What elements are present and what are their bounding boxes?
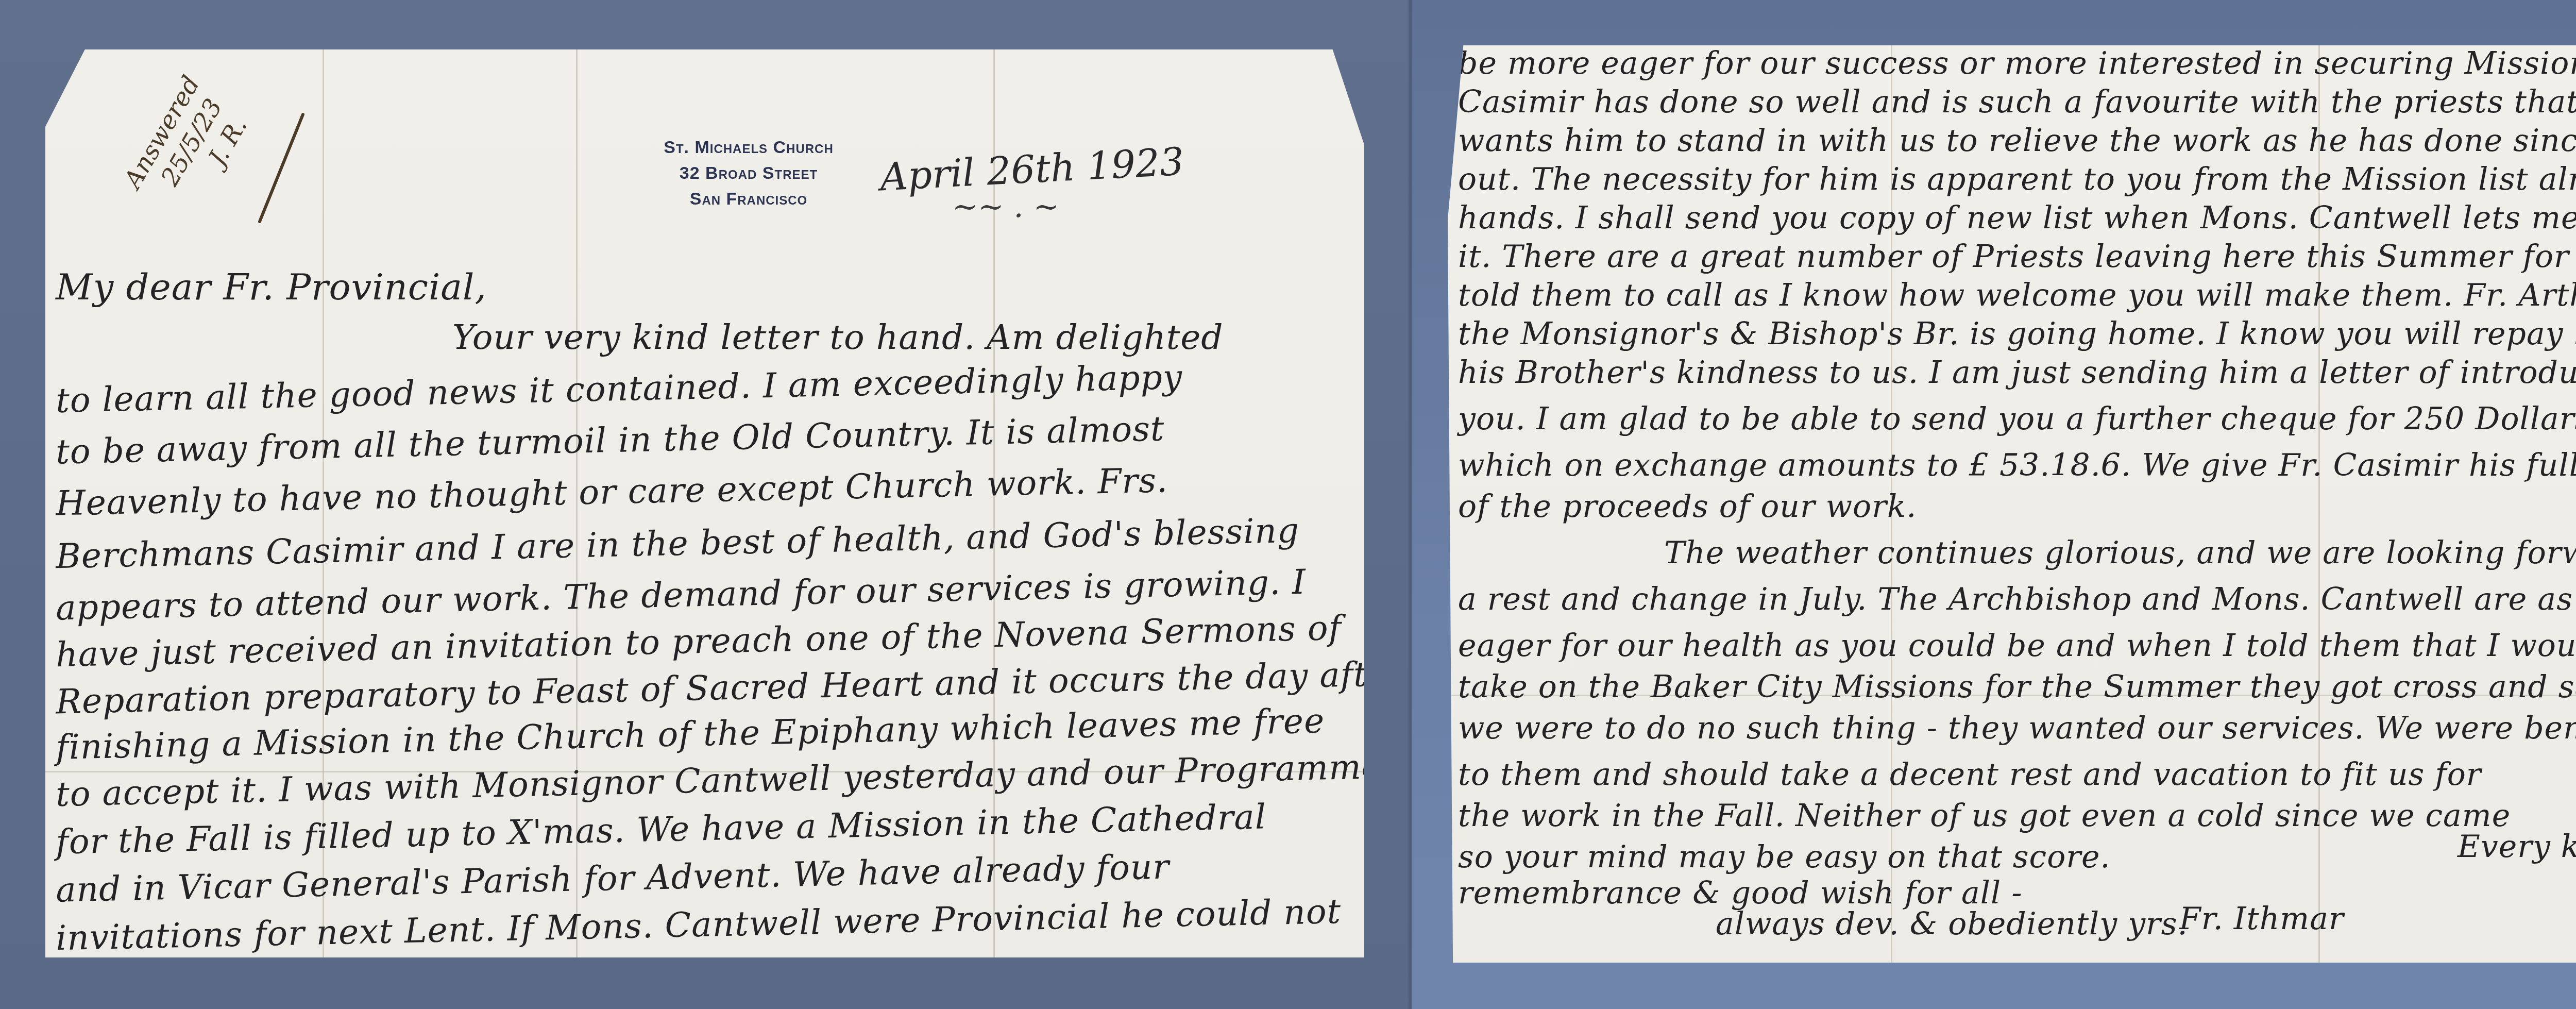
letter-line: Your very kind letter to hand. Am deligh…	[452, 317, 1224, 357]
check-mark-icon	[258, 112, 305, 223]
letter-line: a rest and change in July. The Archbisho…	[1458, 581, 2573, 617]
closing-greeting: Every kindest	[2458, 829, 2576, 865]
letter-line: eager for our health as you could be and…	[1458, 628, 2576, 664]
letter-line: take on the Baker City Missions for the …	[1458, 669, 2576, 705]
letter-line: we were to do no such thing - they wante…	[1458, 710, 2576, 746]
letter-line: hands. I shall send you copy of new list…	[1458, 200, 2576, 236]
valediction: always dev. & obediently yrs.	[1716, 906, 2188, 942]
letter-line: to be away from all the turmoil in the O…	[55, 409, 1165, 472]
letter-line: which on exchange amounts to £ 53.18.6. …	[1458, 447, 2576, 483]
letter-line: so your mind may be easy on that score.	[1458, 839, 2111, 875]
letter-line: to them and should take a decent rest an…	[1458, 756, 2481, 793]
letter-line: to learn all the good news it contained.…	[55, 357, 1182, 421]
letter-line: of the proceeds of our work.	[1458, 489, 1917, 525]
date-flourish: ~~ . ~	[952, 189, 1059, 225]
letter-page-1: Answered 25/5/23 J. R. St. Michaels Chur…	[45, 49, 1364, 957]
letter-line: wants him to stand in with us to relieve…	[1458, 123, 2576, 159]
letterhead-name: St. Michaels Church	[604, 134, 893, 160]
margin-annotation: Answered 25/5/23 J. R.	[117, 71, 260, 225]
letterhead-street: 32 Broad Street	[604, 160, 893, 186]
letter-line: Casimir has done so well and is such a f…	[1458, 84, 2576, 120]
letter-line: the Monsignor's & Bishop's Br. is going …	[1458, 316, 2576, 352]
letter-line: be more eager for our success or more in…	[1458, 45, 2576, 81]
letter-line: you. I am glad to be able to send you a …	[1458, 401, 2576, 437]
letterhead: St. Michaels Church 32 Broad Street San …	[604, 134, 893, 212]
photo-divider	[1409, 0, 1412, 1009]
letter-line: his Brother's kindness to us. I am just …	[1458, 355, 2576, 391]
letterhead-city: San Francisco	[604, 186, 893, 212]
letter-line: Heavenly to have no thought or care exce…	[55, 460, 1168, 523]
letter-line: The weather continues glorious, and we a…	[1664, 535, 2576, 571]
letter-line: it. There are a great number of Priests …	[1458, 239, 2576, 275]
salutation: My dear Fr. Provincial,	[56, 266, 487, 308]
signature: Fr. Ithmar	[2179, 901, 2344, 937]
letter-line: told them to call as I know how welcome …	[1458, 277, 2576, 313]
letter-page-2: be more eager for our success or more in…	[1448, 45, 2576, 963]
letter-line: out. The necessity for him is apparent t…	[1458, 161, 2576, 197]
letter-line: the work in the Fall. Neither of us got …	[1458, 798, 2511, 834]
